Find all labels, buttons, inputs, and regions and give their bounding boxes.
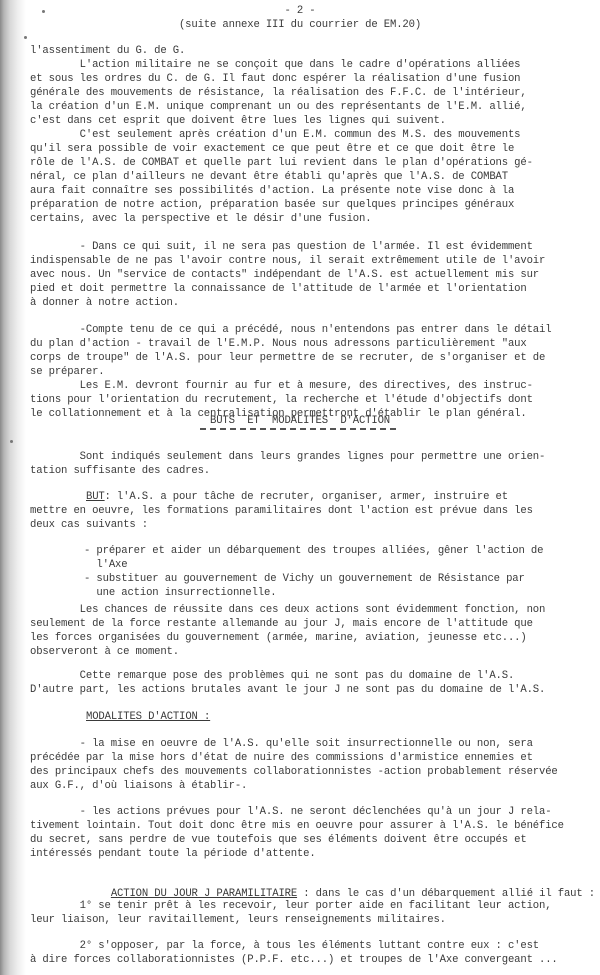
modalites-line: précédée par la mise hors d'état de nuir… [30,751,533,765]
paragraph-line: D'autre part, les actions brutales avant… [30,683,545,697]
but-line: deux cas suivants : [30,518,148,532]
section-title: BUTS ET MODALITES D'ACTION [0,414,600,428]
but-label: BUT [86,490,105,504]
intro-line: c'est dans cet esprit que doivent être l… [30,114,446,128]
paragraph-line: corps de troupe" de l'A.S. pour leur per… [30,351,545,365]
paragraph-line: tation suffisante des cadres. [30,464,210,478]
intro-line: et sous les ordres du C. de G. Il faut d… [30,72,520,86]
paragraph-line: à donner à notre action. [30,296,179,310]
paragraph-line: Les E.M. devront fournir au fur et à mes… [30,379,533,393]
paragraph-line: aura fait connaître ses possibilités d'a… [30,184,514,198]
point-line: 1° se tenir prêt à les recevoir, leur po… [30,899,551,913]
intro-line: L'action militaire ne se conçoit que dan… [30,58,520,72]
intro-line: l'assentiment du G. de G. [30,44,185,58]
paragraph-line: -Compte tenu de ce qui a précédé, nous n… [30,323,551,337]
modalites-line: aux G.F., d'où liaisons à établir-. [30,779,247,793]
scan-speck [10,440,13,443]
modalites-line: des principaux chefs des mouvements coll… [30,765,558,779]
document-page: - 2 - (suite annexe III du courrier de E… [0,0,600,975]
bullet-item: - substituer au gouvernement de Vichy un… [84,572,525,586]
paragraph-line: pied et doit permettre la connaissance d… [30,282,527,296]
section-title-underline [200,428,396,432]
paragraph-line: Sont indiqués seulement dans leurs grand… [30,450,545,464]
paragraph-line: les forces organisées du gouvernement (a… [30,631,527,645]
paragraph-line: néral, ce plan d'ailleurs ne devant être… [30,170,508,184]
point-line: 2° s'opposer, par la force, à tous les é… [30,939,539,953]
paragraph-line: C'est seulement après création d'un E.M.… [30,128,520,142]
but-line: mettre en oeuvre, les formations paramil… [30,504,533,518]
paragraph-line: indispensable de ne pas l'avoir contre n… [30,254,545,268]
modalites-line: du secret, sans perdre de vue toutefois … [30,833,527,847]
modalites-title: MODALITES D'ACTION : [86,710,210,724]
paragraph-line: - Dans ce qui suit, il ne sera pas quest… [30,240,533,254]
bullet-item: l'Axe [84,558,127,572]
point-line: leur liaison, leur ravitaillement, leurs… [30,913,446,927]
modalites-line: - les actions prévues pour l'A.S. ne ser… [30,805,551,819]
paragraph-line: seulement de la force restante allemande… [30,617,533,631]
paragraph-line: certains, avec la perspective et le dési… [30,212,371,226]
modalites-line: intéressés pendant toute la période d'at… [30,847,316,861]
point-line: à dire forces collaborationnistes (P.P.F… [30,953,558,967]
paragraph-line: Cette remarque pose des problèmes qui ne… [30,669,514,683]
paragraph-line: Les chances de réussite dans ces deux ac… [30,603,545,617]
paragraph-line: du plan d'action - travail de l'E.M.P. N… [30,337,527,351]
paragraph-line: préparation de notre action, préparation… [30,198,514,212]
paragraph-line: qu'il sera possible de voir exactement c… [30,142,514,156]
modalites-line: tivement lointain. Tout doit donc être m… [30,819,564,833]
page-number: - 2 - [0,4,600,18]
document-subtitle: (suite annexe III du courrier de EM.20) [0,18,600,32]
paragraph-line: avec nous. Un "service de contacts" indé… [30,268,539,282]
paragraph-line: se préparer. [30,365,105,379]
modalites-line: - la mise en oeuvre de l'A.S. qu'elle so… [30,737,533,751]
bullet-item: une action insurrectionnelle. [84,586,276,600]
scan-speck [42,10,45,13]
paragraph-line: observeront à ce moment. [30,645,179,659]
intro-line: générale des mouvements de résistance, l… [30,86,527,100]
bullet-item: - préparer et aider un débarquement des … [84,544,543,558]
intro-line: la création d'un E.M. unique comprenant … [30,100,527,114]
paragraph-line: rôle de l'A.S. de COMBAT et quelle part … [30,156,533,170]
scan-speck [24,36,27,39]
paragraph-line: tions pour l'orientation du recrutement,… [30,393,533,407]
